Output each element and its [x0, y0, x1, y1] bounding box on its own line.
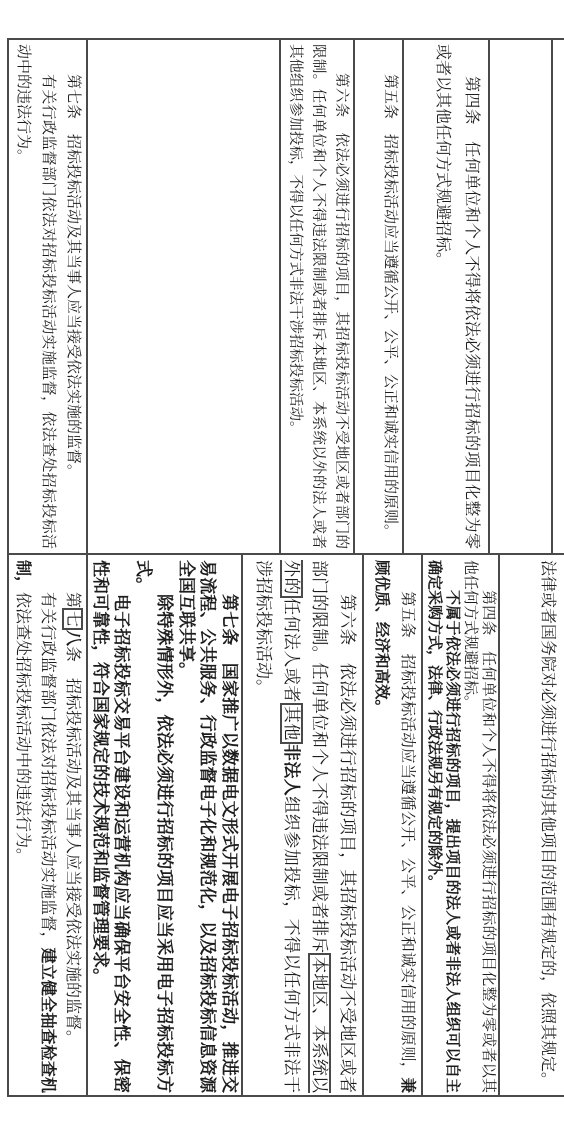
- row-divider: [421, 553, 423, 1097]
- text-run: 第五条 招标投标活动应当遵循公开、公平、公正和诚实信用的原则，: [399, 591, 416, 1077]
- cell-current-empty-middle: [92, 44, 278, 549]
- scanned-document-page: 第四条 任何单位和个人不得将依法必须进行招标的项目化整为零或者以其他任何方式规避…: [0, 0, 564, 1122]
- law-paragraph: 第六条 依法必须进行招标的项目，其招标投标活动不受地区或者部门的限制。任何单位和…: [249, 560, 361, 1093]
- row-divider: [241, 553, 243, 1097]
- table-divider-middle: [7, 553, 564, 555]
- cell-current-empty-top: [494, 44, 549, 549]
- text-run: 法律或者国务院对必须进行招标的其他项目的范围有规定的，依照其规定。: [539, 560, 556, 1088]
- added-text-run: 除特殊情形外，依法必须进行招标的项目应当采用电子招标投标方式。: [134, 560, 175, 1093]
- law-paragraph: 第七八条 招标投标活动及其当事人应当接受依法实施的监督。: [60, 560, 85, 1093]
- cell-current-article-6: 第六条 依法必须进行招标的项目，其招标投标活动不受地区或者部门的限制。任何单位和…: [284, 44, 352, 549]
- text-run: 第七条 招标投标活动及其当事人应当接受依法实施的监督。: [65, 74, 81, 479]
- cell-current-article-7: 第七条 招标投标活动及其当事人应当接受依法实施的监督。有关行政监督部门依法对招标…: [11, 44, 85, 549]
- text-run: 第四条 任何单位和个人不得将依法必须进行招标的项目化整为零或者以其他任何方式规避…: [462, 560, 496, 1093]
- law-paragraph: 第七条 国家推广以数据电文形式开展电子招标投标活动，推进交易流程、公共服务、行政…: [176, 560, 241, 1093]
- cell-draft-article-4: 第四条 任何单位和个人不得将依法必须进行招标的项目化整为零或者以其他任何方式规避…: [426, 560, 497, 1093]
- cell-current-article-4: 第四条 任何单位和个人不得将依法必须进行招标的项目化整为零或者以其他任何方式规避…: [408, 44, 486, 549]
- law-paragraph: 有关行政监督部门依法对招标投标活动实施监督，建立健全抽查检查机制，依法查处招标投…: [11, 560, 60, 1093]
- row-divider: [362, 553, 364, 1097]
- text-run: 第四条 任何单位和个人不得将依法必须进行招标的项目化整为零或者以其他任何方式规避…: [434, 44, 480, 549]
- table-border-bottom: [7, 38, 9, 1097]
- cell-draft-article-7: 第七条 国家推广以数据电文形式开展电子招标投标活动，推进交易流程、公共服务、行政…: [91, 560, 240, 1093]
- table-border-right: [7, 1095, 564, 1097]
- law-paragraph: 第四条 任何单位和个人不得将依法必须进行招标的项目化整为零或者以其他任何方式规避…: [461, 560, 497, 1093]
- law-paragraph: 不属于依法必须进行招标的项目，提出项目的法人或者非法人组织可以自主确定采购方式，…: [426, 560, 461, 1093]
- row-divider: [86, 38, 88, 555]
- law-paragraph: 第四条 任何单位和个人不得将依法必须进行招标的项目化整为零或者以其他任何方式规避…: [428, 44, 486, 549]
- law-paragraph: 有关行政监督部门依法对招标投标活动实施监督，依法查处招标投标活动中的违法行为。: [11, 44, 60, 549]
- text-run: 第: [64, 592, 81, 608]
- deleted-text-run: 七: [62, 608, 83, 630]
- row-divider: [498, 553, 500, 1097]
- added-text-run: 非法人: [282, 744, 301, 796]
- cell-draft-article-6: 第六条 依法必须进行招标的项目，其招标投标活动不受地区或者部门的限制。任何单位和…: [247, 560, 361, 1093]
- law-paragraph: 电子招标投标交易平台建设和运营机构应当确保平台安全性、保密性和可靠性，符合国家规…: [91, 560, 133, 1093]
- text-run: 任何法人或者: [282, 598, 301, 703]
- text-run: 依法查处招标投标活动中的违法行为。: [14, 592, 31, 864]
- law-paragraph: 第六条 依法必须进行招标的项目，其招标投标活动不受地区或者部门的限制。任何单位和…: [284, 44, 352, 549]
- table-border-top-currentcol: [551, 38, 553, 555]
- text-run: 第五条 招标投标活动应当遵循公开、公平、公正和诚实信用的原则。: [382, 74, 398, 539]
- row-divider: [402, 38, 404, 555]
- text-run: 条 招标投标活动及其当事人应当接受依法实施的监督。: [64, 646, 81, 1046]
- law-paragraph: 法律或者国务院对必须进行招标的其他项目的范围有规定的，依照其规定。: [533, 560, 561, 1093]
- deleted-text-run: 其他: [280, 703, 303, 744]
- text-run: 第六条 依法必须进行招标的项目，其招标投标活动不受地区或者部门的限制。任何单位和…: [287, 44, 349, 549]
- row-divider: [353, 38, 355, 555]
- cell-draft-article-5: 第五条 招标投标活动应当遵循公开、公平、公正和诚实信用的原则，兼顾优质、经济和高…: [367, 560, 420, 1093]
- rotated-comparison-table: 第四条 任何单位和个人不得将依法必须进行招标的项目化整为零或者以其他任何方式规避…: [0, 0, 564, 1122]
- row-divider: [86, 553, 88, 1097]
- law-paragraph: 第五条 招标投标活动应当遵循公开、公平、公正和诚实信用的原则，兼顾优质、经济和高…: [368, 560, 420, 1093]
- cell-current-article-5: 第五条 招标投标活动应当遵循公开、公平、公正和诚实信用的原则。: [358, 44, 401, 549]
- row-divider: [279, 38, 281, 555]
- text-run: 有关行政监督部门依法对招标投标活动实施监督，: [39, 592, 56, 948]
- added-text-run: 不属于依法必须进行招标的项目，提出项目的法人或者非法人组织可以自主确定采购方式，…: [426, 560, 460, 1093]
- law-paragraph: 第七条 招标投标活动及其当事人应当接受依法实施的监督。: [60, 44, 85, 549]
- text-run: 有关行政监督部门依法对招标投标活动实施监督，依法查处招标投标活动中的违法行为。: [15, 44, 56, 549]
- law-paragraph: 除特殊情形外，依法必须进行招标的项目应当采用电子招标投标方式。: [133, 560, 176, 1093]
- row-divider: [488, 38, 490, 555]
- cell-draft-article-3-tail: 法律或者国务院对必须进行招标的其他项目的范围有规定的，依照其规定。: [504, 560, 561, 1093]
- law-paragraph: 第五条 招标投标活动应当遵循公开、公平、公正和诚实信用的原则。: [379, 44, 401, 549]
- added-text-run: 第七条 国家推广以数据电文形式开展电子招标投标活动，推进交易流程、公共服务、行政…: [177, 560, 239, 1093]
- added-text-run: 八: [64, 630, 81, 646]
- added-text-run: 电子招标投标交易平台建设和运营机构应当确保平台安全性、保密性和可靠性，符合国家规…: [91, 560, 132, 1093]
- table-border-left: [7, 38, 564, 40]
- cell-draft-article-8: 第七八条 招标投标活动及其当事人应当接受依法实施的监督。有关行政监督部门依法对招…: [11, 560, 85, 1093]
